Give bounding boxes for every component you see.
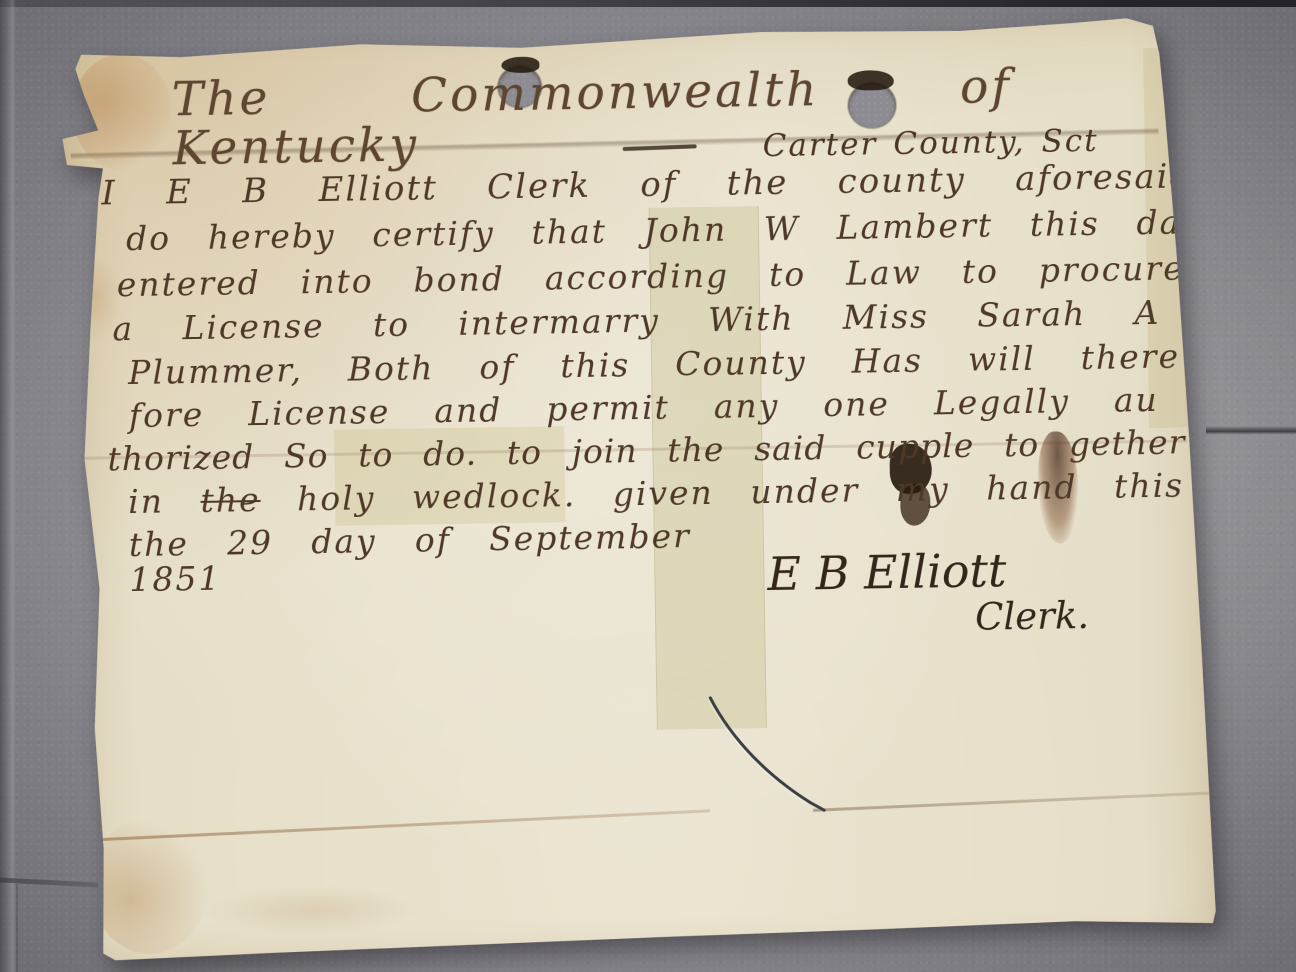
date-line: the 29 day of September 1851 — [129, 519, 692, 597]
document-paper: The Commonwealth of Kentucky Carter Coun… — [61, 11, 1221, 961]
handwritten-line: do hereby certify that John W Lambert th… — [126, 205, 1202, 257]
background-bottom-left-seam-vertical — [16, 884, 18, 972]
fold-crease-bottom-right — [813, 792, 1209, 812]
struck-word: the — [200, 480, 261, 520]
wedlock-prefix: in — [128, 481, 201, 521]
document-photo: The Commonwealth of Kentucky Carter Coun… — [61, 11, 1221, 961]
stain-bottom — [204, 883, 425, 936]
tear-crack — [686, 672, 848, 834]
background-left-seam — [0, 0, 16, 972]
stain-bottom-left — [89, 817, 209, 955]
county-line: Carter County, Sct — [762, 125, 1098, 163]
background-top-seam — [0, 0, 1296, 7]
background-right-seam — [1206, 426, 1296, 438]
clerk-title: Clerk. — [975, 597, 1090, 638]
clerk-signature: E B Elliott — [767, 546, 1007, 598]
handwritten-line-wedlock: in the holy wedlock. given under my hand… — [128, 468, 1184, 519]
